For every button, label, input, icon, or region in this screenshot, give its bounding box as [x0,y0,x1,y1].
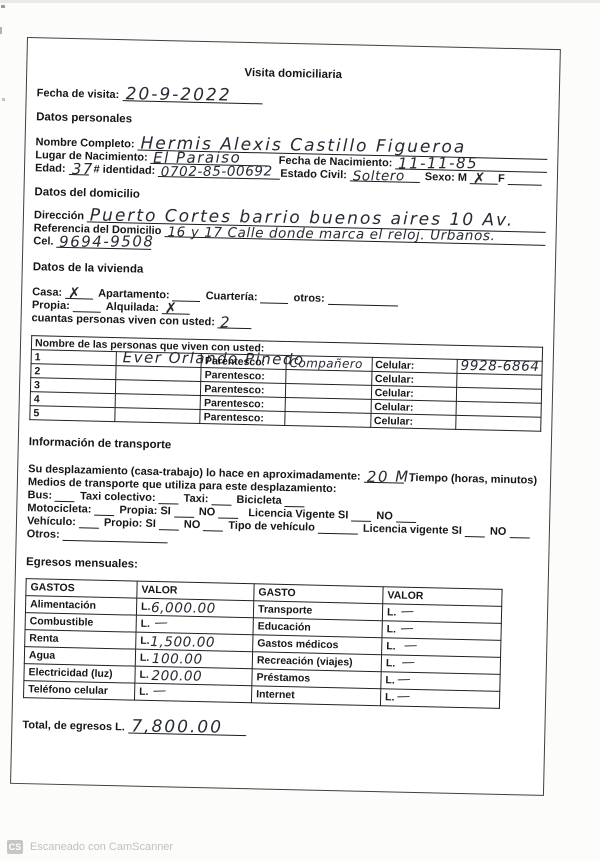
currency-prefix: L. [140,635,150,647]
kinship-label: Parentesco: [200,410,285,426]
others-field [328,292,398,307]
vehicle-own-no-field [203,518,223,531]
household-members-table: Nombre de las personas que viven con ust… [29,335,543,432]
bus-field [55,489,75,502]
transport-others-field [63,528,168,543]
kinship-cell [285,411,370,427]
household-count-field: 2 [218,315,252,329]
sex-female-label: F [498,173,505,185]
expense-value: — [397,690,412,704]
id-number-field: 0702-85-00692 [158,164,280,180]
monthly-expenses-table: GASTOS VALOR GASTO VALOR Alimentación L.… [23,578,503,709]
license-valid-label: Licencia Vigente SI [248,507,348,521]
expense-value: — [404,639,419,653]
currency-prefix: L. [139,686,149,698]
sex-male-check: ✗ [473,171,487,186]
id-number-label: # identidad: [93,164,155,177]
owned-label: Propia: [32,299,70,312]
vehicle-field [79,515,99,528]
cellphone-field: 9694-9508 [56,235,151,250]
expense-value: — [153,684,168,698]
motorcycle-own-no-label: NO [199,506,216,518]
currency-prefix: L. [386,640,396,652]
currency-prefix: L. [385,674,395,686]
rented-check-field: ✗ [162,301,190,315]
currency-prefix: L. [386,657,396,669]
motorcycle-own-yes-field [174,504,194,517]
currency-prefix: L. [387,606,397,618]
bicycle-field [285,494,305,507]
transport-others-label: Otros: [27,528,60,541]
expenses-heading: Egresos mensuales: [26,556,538,580]
camscanner-icon: CS [7,840,23,854]
bus-label: Bus: [27,489,52,502]
motorcycle-own-no-field [218,505,238,518]
house-label: Casa: [32,286,62,299]
expense-value: — [154,616,169,630]
birthdate-label: Fecha de Nacimiento: [279,155,393,170]
rented-check: ✗ [165,301,179,316]
visit-date-row: Fecha de visita: 20-9-2022 [37,86,549,111]
license-valid-no-field [396,509,416,522]
expense-value: 200.00 [151,669,202,683]
currency-prefix: L. [141,618,151,630]
expense-value: 1,500.00 [150,635,215,649]
address-label: Dirección [34,209,84,222]
currency-prefix: L. [385,691,395,703]
age-label: Edad: [35,162,66,175]
vehicle-label: Vehículo: [27,515,76,528]
housing-data-heading: Datos de la vivienda [33,261,545,285]
sex-female-field [508,172,542,186]
motorcycle-field [94,503,114,516]
scanned-form-page: Visita domiciliaria Fecha de visita: 20-… [10,37,561,796]
expense-value: — [397,673,412,687]
expense-value-cell: L.— [380,689,499,709]
house-check-field: ✗ [65,286,93,300]
expense-value: — [401,656,416,670]
vehicle-own-no-label: NO [184,519,201,531]
transport-heading: Información de transporte [29,436,541,460]
cell-number-cell [455,415,541,431]
address-reference-value: 16 y 17 Calle donde marca el reloj. Urba… [167,226,495,244]
sex-label: Sexo: M [425,171,467,184]
vehicle-type-field [318,521,358,535]
vehicle-own-yes-field [159,517,179,530]
cellphone-value: 9694-9508 [59,234,154,249]
visit-date-label: Fecha de visita: [37,87,120,101]
id-number-value: 0702-85-00692 [161,165,273,179]
age-field: 37 [68,162,88,175]
cuarteria-field [260,290,288,304]
full-name-label: Nombre Completo: [35,136,134,150]
vehicle-license-no-field [509,525,529,538]
others-label: otros: [293,292,324,305]
owned-field [73,299,101,313]
scan-edge-artifact [0,0,600,3]
taxi-label: Taxi: [183,493,208,506]
taxi-colectivo-label: Taxi colectivo: [80,490,156,504]
scan-speck [2,98,5,101]
scan-speck [1,5,5,8]
vehicle-license-no-label: NO [490,526,507,538]
camscanner-footer: CS Escaneado con CamScanner [7,840,173,854]
household-count-value: 2 [220,315,231,330]
expense-label: Teléfono celular [24,681,135,701]
total-expenses-label: Total, de egresos L. [22,719,125,733]
cell-label: Celular: [370,413,455,429]
member-name-cell [115,408,200,424]
marital-status-value: Soltero [353,170,405,184]
scan-speck [0,27,2,34]
currency-prefix: L. [139,669,149,681]
motorcycle-own-label: Propia: SI [119,504,171,517]
visit-date-value: 20-9-2022 [125,86,231,104]
vehicle-license-label: Licencia vigente SI [363,523,462,537]
personal-data-heading: Datos personales [36,111,548,135]
marital-status-label: Estado Civil: [280,168,347,182]
taxi-colectivo-field [158,491,178,504]
cellphone-label: Cel. [33,235,53,247]
kinship-value: Compañero [290,357,363,370]
apartment-label: Apartamento: [98,288,170,302]
commute-time-field: 20 M. [364,470,405,484]
expense-value: — [400,622,415,636]
vehicle-license-yes-field [465,524,485,537]
expense-value: 100.00 [152,652,203,666]
cuarteria-label: Cuartería: [206,290,258,303]
vehicle-type-label: Tipo de vehículo [228,520,315,534]
expense-value-cell: L.— [134,683,251,703]
total-expenses-row: Total, de egresos L. 7,800.00 [22,718,534,743]
total-expenses-field: 7,800.00 [128,720,246,736]
rented-label: Alquilada: [106,301,159,314]
expense-label: Internet [251,686,380,706]
license-valid-yes-field [351,508,371,521]
form-title: Visita domiciliaria [37,62,549,86]
total-expenses-value: 7,800.00 [131,719,223,737]
currency-prefix: L. [140,652,150,664]
sex-male-field: ✗ [470,171,498,185]
expense-value: — [401,605,416,619]
commute-time-value: 20 M. [366,470,415,485]
marital-status-field: Soltero [350,168,420,183]
license-valid-no-label: NO [376,510,393,522]
cell-number-value: 9928-6864 [460,359,539,373]
age-value: 37 [71,162,93,177]
currency-prefix: L. [387,623,397,635]
expense-value: 6,000.00 [151,601,216,615]
row-number: 5 [30,406,115,422]
bicycle-label: Bicicleta [236,494,282,507]
visit-date-field: 20-9-2022 [122,88,262,104]
currency-prefix: L. [141,601,151,613]
motorcycle-label: Motocicleta: [27,502,91,515]
camscanner-text: Escaneado con CamScanner [30,841,173,853]
taxi-field [211,492,231,505]
